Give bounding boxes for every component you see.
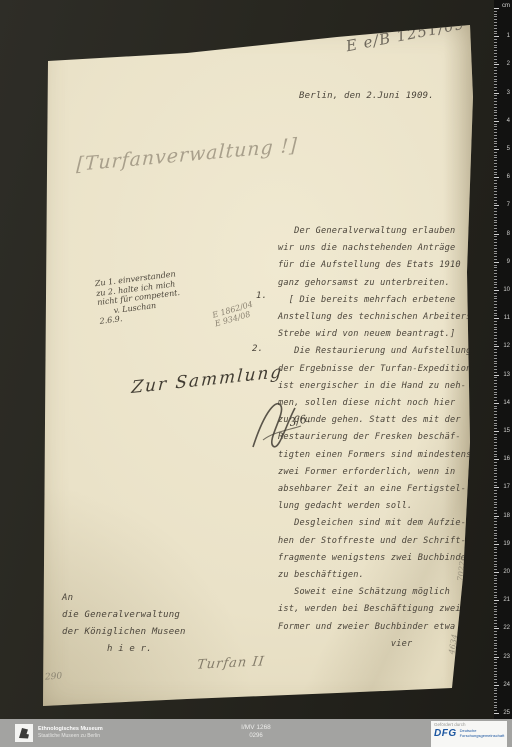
ruler-tick	[494, 425, 497, 426]
ruler-tick	[494, 200, 497, 201]
ruler-tick	[494, 25, 497, 26]
ruler-tick	[494, 380, 497, 381]
ruler-tick	[494, 53, 497, 54]
ruler-number: 12	[503, 343, 510, 349]
ruler-tick	[494, 346, 499, 347]
ruler-tick	[494, 172, 497, 173]
ruler-tick	[494, 304, 497, 305]
ruler-tick	[494, 702, 497, 703]
ruler-tick	[494, 580, 497, 581]
ruler-tick	[494, 22, 497, 23]
ruler-tick	[494, 665, 497, 666]
ruler-tick	[494, 327, 497, 328]
ruler-tick	[494, 8, 499, 9]
ruler-tick	[494, 659, 497, 660]
ruler-tick	[494, 157, 497, 158]
ruler-tick	[494, 414, 497, 415]
ruler-tick	[494, 324, 497, 325]
ruler-tick	[494, 174, 497, 175]
ruler-tick	[494, 352, 497, 353]
ruler-tick	[494, 39, 497, 40]
ruler-tick	[494, 597, 497, 598]
ruler-tick	[494, 110, 497, 111]
ruler-tick	[494, 470, 497, 471]
ruler-tick	[494, 177, 499, 178]
ruler-tick	[494, 693, 497, 694]
ruler-tick	[494, 211, 497, 212]
ruler-tick	[494, 668, 497, 669]
ruler-tick	[494, 81, 497, 82]
ruler-number: 20	[503, 569, 510, 575]
ruler-tick	[494, 454, 497, 455]
ruler-tick	[494, 14, 497, 15]
ruler-tick	[494, 245, 497, 246]
ruler-tick	[494, 595, 497, 596]
ruler-tick	[494, 417, 497, 418]
ruler-tick	[494, 710, 497, 711]
file-reference-ink: E e/B 1251/09	[344, 15, 466, 56]
ruler-number: 16	[503, 456, 510, 462]
ruler-tick	[494, 310, 497, 311]
ruler-tick	[494, 107, 497, 108]
ruler-tick	[494, 685, 499, 686]
ruler-number: 17	[503, 484, 510, 490]
ruler-tick	[494, 620, 497, 621]
ruler-tick	[494, 62, 497, 63]
ruler-tick	[494, 561, 497, 562]
ruler-tick	[494, 73, 497, 74]
ruler-tick	[494, 321, 497, 322]
ruler-tick	[494, 349, 497, 350]
ruler-tick	[494, 132, 497, 133]
ruler-tick	[494, 242, 497, 243]
ruler-tick	[494, 682, 497, 683]
ruler-tick	[494, 273, 497, 274]
ruler-tick	[494, 135, 497, 136]
ruler-tick	[494, 332, 497, 333]
ruler-tick	[494, 394, 497, 395]
ruler-tick	[494, 197, 497, 198]
ruler-tick	[494, 544, 499, 545]
ruler-tick	[494, 251, 497, 252]
ruler-tick	[494, 231, 497, 232]
ruler-tick	[494, 256, 497, 257]
ruler-tick	[494, 468, 497, 469]
ruler-tick	[494, 276, 497, 277]
ruler-tick	[494, 386, 497, 387]
ruler-tick	[494, 19, 497, 20]
funder-logo: Gefördert durch DFG Deutsche Forschungsg…	[431, 721, 507, 747]
ruler-tick	[494, 287, 497, 288]
ruler-tick	[494, 502, 497, 503]
ruler-tick	[494, 203, 497, 204]
pencil-page-number: 290	[45, 671, 63, 682]
ruler-tick	[494, 510, 497, 511]
ruler-tick	[494, 679, 497, 680]
ruler-tick	[494, 555, 497, 556]
ruler-tick	[494, 637, 497, 638]
ruler-tick	[494, 549, 497, 550]
ruler-tick	[494, 112, 497, 113]
ruler-tick	[494, 338, 497, 339]
ruler-tick	[494, 623, 497, 624]
ruler-tick	[494, 606, 497, 607]
dfg-logo-icon: DFG	[434, 728, 457, 739]
ruler-tick	[494, 547, 497, 548]
ruler-tick	[494, 566, 497, 567]
ruler-number: 6	[507, 174, 510, 180]
ruler-tick	[494, 496, 497, 497]
ruler-tick	[494, 516, 499, 517]
ruler-tick	[494, 155, 497, 156]
scanned-letter: Pr 2/6 9. E e/B 1251/09 [Turfanverwaltun…	[37, 22, 474, 713]
ruler-tick	[494, 592, 497, 593]
date-line: Berlin, den 2.Juni 1909.	[299, 91, 434, 101]
ruler-tick	[494, 84, 497, 85]
ruler-number: 13	[503, 372, 510, 378]
ruler-number: 22	[503, 625, 510, 631]
ruler-tick	[494, 705, 497, 706]
ruler-tick	[494, 225, 497, 226]
bottom-pencil-note: Turfan II	[196, 654, 265, 673]
ruler-tick	[494, 220, 497, 221]
pencil-headline-annotation: [Turfanverwaltung !]	[76, 134, 298, 176]
ruler-tick	[494, 290, 499, 291]
ruler-tick	[494, 366, 497, 367]
ruler-tick	[494, 377, 497, 378]
ruler-tick	[494, 186, 497, 187]
ruler-tick	[494, 375, 499, 376]
ruler-number: 21	[503, 597, 510, 603]
ruler-tick	[494, 527, 497, 528]
ruler-tick	[494, 217, 497, 218]
ruler-tick	[494, 586, 497, 587]
ruler-tick	[494, 259, 497, 260]
ruler-tick	[494, 160, 497, 161]
ruler-tick	[494, 518, 497, 519]
ruler-tick	[494, 188, 497, 189]
list-marker-1: 1.	[256, 291, 267, 301]
ruler-tick	[494, 462, 497, 463]
ruler-tick	[494, 558, 497, 559]
ruler-tick	[494, 533, 497, 534]
ruler-tick	[494, 445, 497, 446]
ruler-tick	[494, 648, 497, 649]
ruler-number: 14	[503, 400, 510, 406]
ruler-tick	[494, 36, 499, 37]
ruler-tick	[494, 236, 497, 237]
ruler-tick	[494, 228, 497, 229]
ruler-tick	[494, 699, 497, 700]
ruler-tick	[494, 634, 497, 635]
ruler-tick	[494, 485, 497, 486]
ruler-tick	[494, 267, 497, 268]
ruler-tick	[494, 524, 497, 525]
ruler-tick	[494, 448, 497, 449]
ruler-tick	[494, 482, 497, 483]
ruler-tick	[494, 222, 497, 223]
ruler-tick	[494, 118, 497, 119]
ruler-tick	[494, 603, 497, 604]
ruler-tick	[494, 617, 497, 618]
ruler-tick	[494, 611, 497, 612]
ruler-tick	[494, 589, 497, 590]
ruler-tick	[494, 315, 497, 316]
address-block: An die Generalverwaltung der Königlichen…	[62, 590, 186, 658]
ruler-tick	[494, 408, 497, 409]
ruler-number: 10	[503, 287, 510, 293]
ruler-tick	[494, 389, 497, 390]
ruler-tick	[494, 451, 497, 452]
ruler-tick	[494, 335, 497, 336]
ruler-tick	[494, 296, 497, 297]
ruler-tick	[494, 583, 497, 584]
ruler-tick	[494, 442, 497, 443]
ruler-tick	[494, 149, 499, 150]
ruler-tick	[494, 628, 499, 629]
ruler-tick	[494, 487, 499, 488]
ruler-tick	[494, 180, 497, 181]
ruler-tick	[494, 95, 497, 96]
ruler-tick	[494, 194, 497, 195]
ruler-tick	[494, 541, 497, 542]
ruler-tick	[494, 552, 497, 553]
ruler-tick	[494, 205, 499, 206]
ruler-tick	[494, 64, 499, 65]
ruler-tick	[494, 434, 497, 435]
pencil-reference-numbers: E 1862/04 E 934/08	[211, 300, 256, 329]
ruler-tick	[494, 575, 497, 576]
ruler-number: 11	[504, 315, 510, 321]
ruler-tick	[494, 270, 497, 271]
ruler-tick	[494, 361, 497, 362]
ruler-tick	[494, 56, 497, 57]
ruler-tick	[494, 284, 497, 285]
ruler-number: 18	[503, 513, 510, 519]
ruler-tick	[494, 45, 497, 46]
ruler-tick	[494, 431, 499, 432]
ruler-tick	[494, 403, 499, 404]
ruler-tick	[494, 76, 497, 77]
ruler-tick	[494, 166, 497, 167]
ruler-tick	[494, 645, 497, 646]
ruler-tick	[494, 355, 497, 356]
ruler-tick	[494, 47, 497, 48]
ruler-tick	[494, 657, 499, 658]
ruler-tick	[494, 129, 497, 130]
ruler-tick	[494, 626, 497, 627]
ruler-number: 19	[503, 541, 510, 547]
ruler-tick	[494, 126, 497, 127]
ruler-tick	[494, 31, 497, 32]
ruler-tick	[494, 654, 497, 655]
ruler-tick	[494, 253, 497, 254]
ruler-tick	[494, 640, 497, 641]
ruler-tick	[494, 651, 497, 652]
ruler-tick	[494, 530, 497, 531]
ruler-tick	[494, 513, 497, 514]
ruler-tick	[494, 16, 497, 17]
ruler-tick	[494, 456, 497, 457]
ruler-tick	[494, 420, 497, 421]
ruler-tick	[494, 676, 497, 677]
ruler-tick	[494, 293, 497, 294]
ruler-tick	[494, 33, 497, 34]
ruler-tick	[494, 138, 497, 139]
ruler-tick	[494, 248, 497, 249]
letter-body-text: Der Generalverwaltung erlauben wir uns d…	[278, 223, 478, 653]
ruler-number: 15	[503, 428, 510, 434]
ruler-number: 24	[503, 682, 510, 688]
funder-name: Deutsche Forschungsgemeinschaft	[460, 729, 505, 738]
ruler-tick	[494, 572, 499, 573]
ruler-tick	[494, 400, 497, 401]
ruler-tick	[494, 329, 497, 330]
ruler-tick	[494, 341, 497, 342]
margin-note-ink: Zu 1. einverstanden zu 2. halte ich mich…	[94, 269, 182, 326]
ruler-tick	[494, 600, 499, 601]
ruler-tick	[494, 163, 497, 164]
ruler-tick	[494, 538, 497, 539]
ruler-tick	[494, 674, 497, 675]
ruler-tick	[494, 643, 497, 644]
ruler-tick	[494, 313, 497, 314]
ruler-tick	[494, 79, 497, 80]
metadata-footer-bar: Ethnologisches Museum Staatliche Museen …	[0, 719, 512, 747]
ruler-tick	[494, 101, 497, 102]
ruler-tick	[494, 578, 497, 579]
ruler-tick	[494, 59, 497, 60]
ruler-tick	[494, 504, 497, 505]
ruler-tick	[494, 115, 497, 116]
ruler-tick	[494, 493, 497, 494]
ruler-tick	[494, 279, 497, 280]
ruler-tick	[494, 121, 499, 122]
ruler: cm 1234567891011121314151617181920212223…	[494, 0, 512, 747]
ruler-number: 1	[507, 33, 510, 39]
ruler-tick	[494, 146, 497, 147]
presentation-note-pencil: Pr 2/6 9.	[67, 30, 112, 48]
ruler-tick	[494, 11, 497, 12]
ruler-tick	[494, 569, 497, 570]
ruler-number: 25	[503, 710, 510, 716]
ruler-tick	[494, 124, 497, 125]
ruler-tick	[494, 265, 497, 266]
ruler-tick	[494, 521, 497, 522]
ruler-tick	[494, 50, 497, 51]
ruler-tick	[494, 631, 497, 632]
ruler-tick	[494, 465, 497, 466]
ruler-tick	[494, 301, 497, 302]
ruler-unit-label: cm	[502, 3, 510, 9]
ruler-tick	[494, 358, 497, 359]
ruler-tick	[494, 411, 497, 412]
ruler-tick	[494, 93, 499, 94]
ruler-tick	[494, 104, 497, 105]
ruler-tick	[494, 42, 497, 43]
ruler-tick	[494, 479, 497, 480]
ruler-tick	[494, 428, 497, 429]
ruler-tick	[494, 473, 497, 474]
ruler-number: 5	[507, 146, 510, 152]
ruler-tick	[494, 476, 497, 477]
ruler-tick	[494, 696, 497, 697]
ruler-tick	[494, 234, 499, 235]
ruler-tick	[494, 688, 497, 689]
ruler-tick	[494, 262, 499, 263]
ruler-tick	[494, 87, 497, 88]
ruler-tick	[494, 614, 497, 615]
ruler-tick	[494, 239, 497, 240]
ruler-tick	[494, 318, 499, 319]
ruler-tick	[494, 98, 497, 99]
ruler-tick	[494, 214, 497, 215]
ruler-tick	[494, 307, 497, 308]
ruler-number: 7	[507, 202, 510, 208]
ruler-tick	[494, 564, 497, 565]
ruler-tick	[494, 383, 497, 384]
ruler-tick	[494, 499, 497, 500]
ruler-number: 2	[507, 61, 510, 67]
ruler-tick	[494, 169, 497, 170]
ruler-tick	[494, 507, 497, 508]
ruler-tick	[494, 372, 497, 373]
ruler-tick	[494, 67, 497, 68]
ruler-number: 23	[503, 654, 510, 660]
ruler-number: 9	[507, 259, 510, 265]
ruler-tick	[494, 690, 497, 691]
ruler-tick	[494, 152, 497, 153]
ruler-tick	[494, 143, 497, 144]
ruler-tick	[494, 392, 497, 393]
ruler-tick	[494, 90, 497, 91]
ruler-tick	[494, 191, 497, 192]
ruler-tick	[494, 459, 499, 460]
ruler-tick	[494, 141, 497, 142]
ruler-tick	[494, 707, 497, 708]
ruler-tick	[494, 423, 497, 424]
list-marker-2: 2.	[252, 344, 263, 354]
ruler-tick	[494, 344, 497, 345]
ruler-tick	[494, 183, 497, 184]
scan-viewer: cm 1234567891011121314151617181920212223…	[0, 0, 512, 747]
ruler-tick	[494, 437, 497, 438]
ruler-tick	[494, 397, 497, 398]
ruler-number: 3	[507, 90, 510, 96]
ruler-tick	[494, 671, 497, 672]
ruler-tick	[494, 208, 497, 209]
ruler-tick	[494, 282, 497, 283]
ruler-tick	[494, 363, 497, 364]
ruler-tick	[494, 70, 497, 71]
ruler-tick	[494, 490, 497, 491]
ruler-tick	[494, 406, 497, 407]
ruler-tick	[494, 28, 497, 29]
ruler-tick	[494, 609, 497, 610]
ruler-tick	[494, 439, 497, 440]
ruler-number: 4	[507, 118, 510, 124]
ruler-number: 8	[507, 231, 510, 237]
ruler-tick	[494, 369, 497, 370]
ruler-tick	[494, 298, 497, 299]
ruler-tick	[494, 662, 497, 663]
ruler-tick	[494, 713, 499, 714]
ruler-tick	[494, 535, 497, 536]
